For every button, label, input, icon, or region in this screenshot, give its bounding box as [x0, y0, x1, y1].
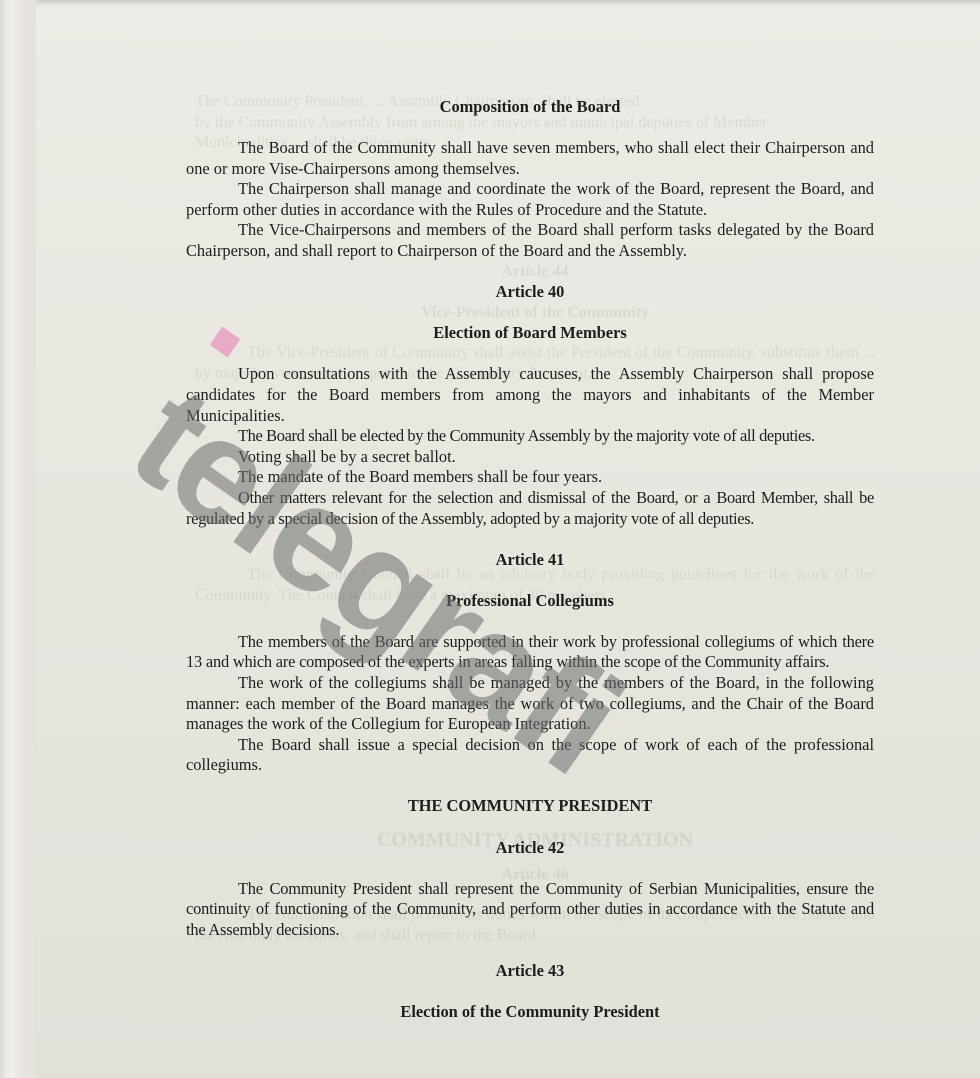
section-article-42: THE COMMUNITY PRESIDENT Article 42 The C… — [186, 796, 874, 940]
paragraph: Voting shall be by a secret ballot. — [186, 447, 874, 468]
article-number: Article 42 — [186, 838, 874, 859]
paragraph: The Board shall issue a special decision… — [186, 735, 874, 776]
paragraph: The members of the Board are supported i… — [186, 632, 874, 673]
paragraph: Other matters relevant for the selection… — [186, 488, 874, 529]
document-page: The Community President, ... Assembly Ch… — [0, 0, 980, 1078]
chapter-heading: THE COMMUNITY PRESIDENT — [186, 796, 874, 817]
section-article-40: Article 40 Election of Board Members Upo… — [186, 282, 874, 529]
article-number: Article 43 — [186, 961, 874, 982]
section-article-43: Article 43 Election of the Community Pre… — [186, 961, 874, 1023]
paragraph: The Community President shall represent … — [186, 879, 874, 941]
section-heading: Election of the Community President — [186, 1002, 874, 1023]
section-heading: Professional Collegiums — [186, 591, 874, 612]
page-top-edge — [0, 0, 980, 6]
section-heading: Election of Board Members — [186, 323, 874, 344]
article-number: Article 41 — [186, 550, 874, 571]
paragraph: The work of the collegiums shall be mana… — [186, 673, 874, 735]
page-left-edge — [0, 0, 36, 1078]
paragraph: The mandate of the Board members shall b… — [186, 467, 874, 488]
paragraph: The Vice-Chairpersons and members of the… — [186, 220, 874, 261]
section-heading: Composition of the Board — [186, 97, 874, 118]
paragraph: The Board of the Community shall have se… — [186, 138, 874, 179]
section-article-41: Article 41 Professional Collegiums The m… — [186, 550, 874, 776]
document-body: Composition of the Board The Board of th… — [186, 97, 874, 1023]
paragraph: Upon consultations with the Assembly cau… — [186, 364, 874, 426]
paragraph: The Chairperson shall manage and coordin… — [186, 179, 874, 220]
section-composition-of-board: Composition of the Board The Board of th… — [186, 97, 874, 262]
paragraph: The Board shall be elected by the Commun… — [186, 426, 874, 447]
article-number: Article 40 — [186, 282, 874, 303]
